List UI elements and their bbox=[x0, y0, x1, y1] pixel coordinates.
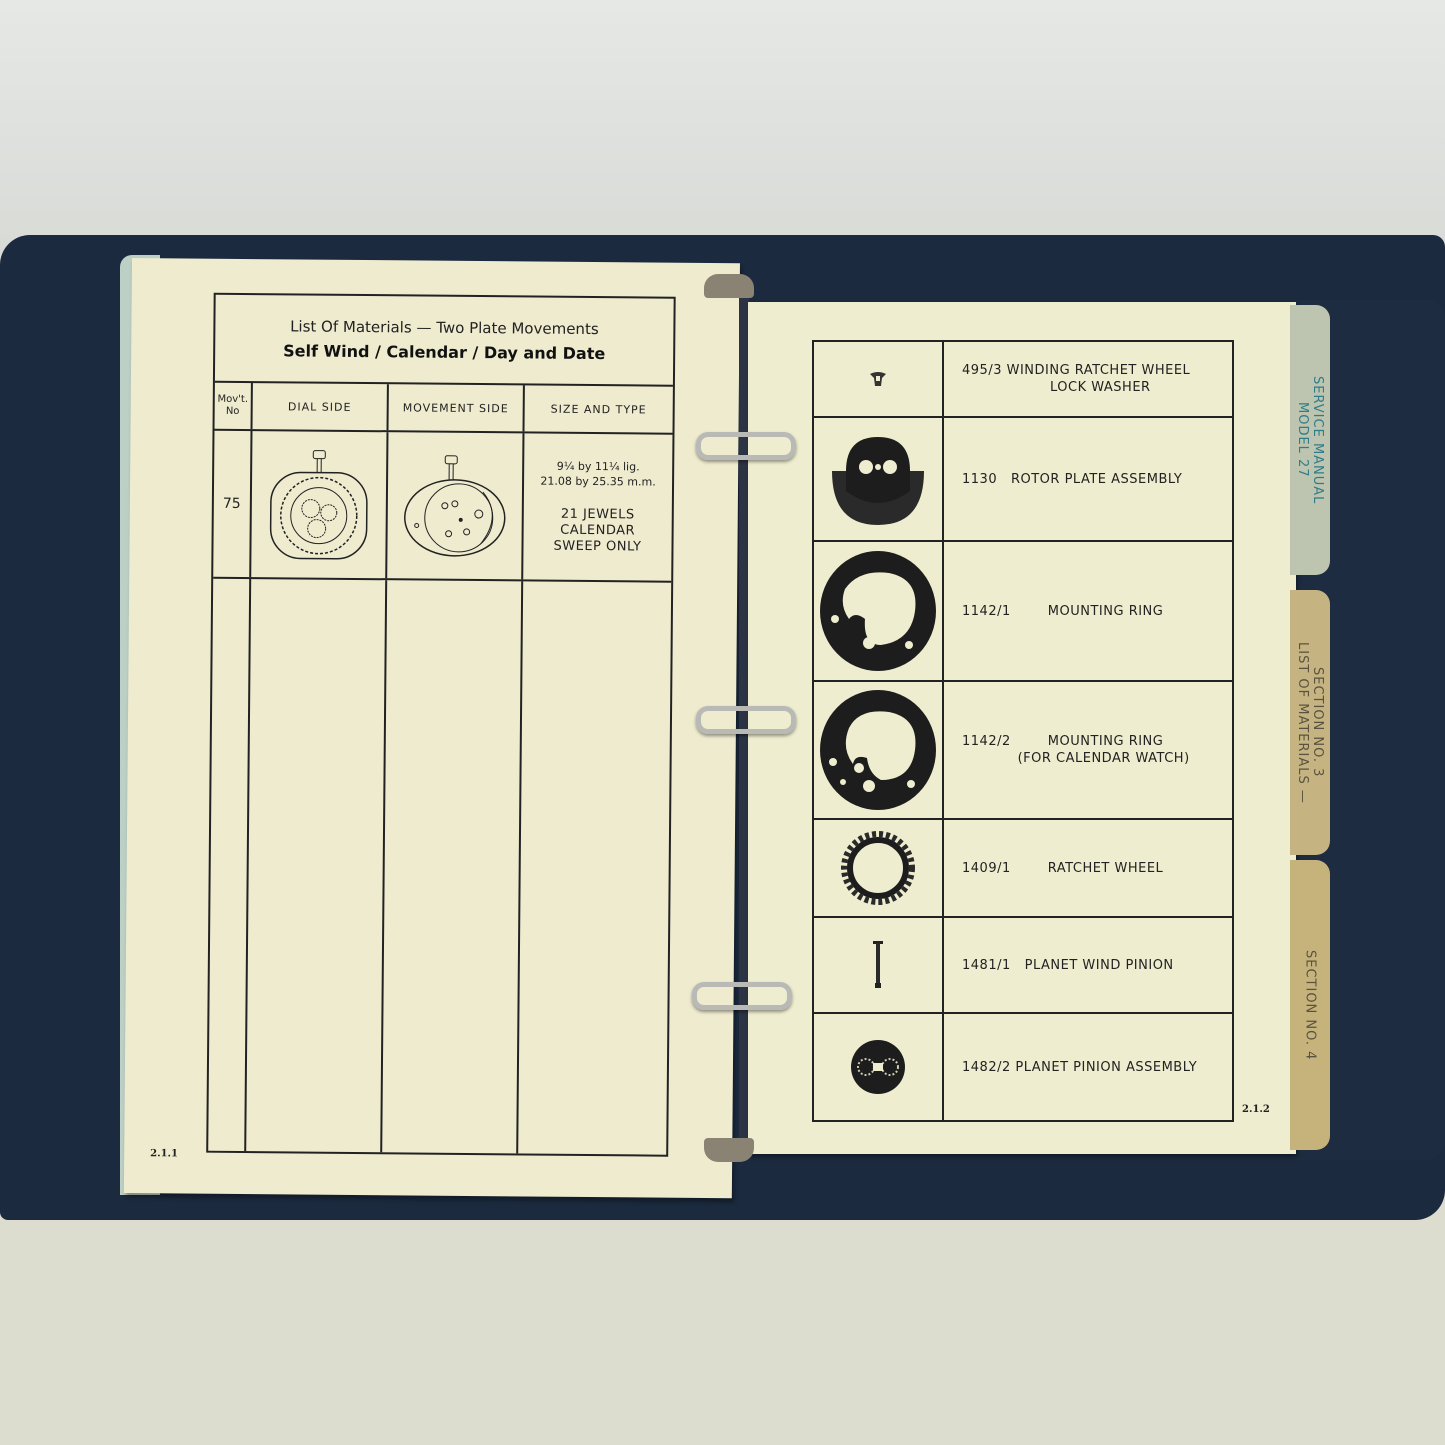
part-label: 1481/1 PLANET WIND PINION bbox=[944, 918, 1232, 1012]
ring-top-post bbox=[704, 274, 754, 298]
background-surface bbox=[0, 0, 1445, 260]
part-label: 1142/1 MOUNTING RING bbox=[944, 542, 1232, 680]
rotor-plate-icon bbox=[828, 431, 928, 527]
dial-side-illustration bbox=[251, 431, 388, 578]
ratchet-wheel-icon bbox=[840, 830, 916, 906]
parts-table: 495/3 WINDING RATCHET WHEEL LOCK WASHER … bbox=[812, 340, 1234, 1122]
part-row: 1481/1 PLANET WIND PINION bbox=[814, 918, 1232, 1014]
part-row: 1409/1 RATCHET WHEEL bbox=[814, 820, 1232, 918]
binder-ring-2 bbox=[696, 706, 796, 734]
table-title: List Of Materials — Two Plate Movements … bbox=[215, 295, 674, 387]
part-row: 495/3 WINDING RATCHET WHEEL LOCK WASHER bbox=[814, 342, 1232, 418]
part-label: 495/3 WINDING RATCHET WHEEL LOCK WASHER bbox=[944, 342, 1232, 416]
size-mm: 21.08 by 25.35 m.m. bbox=[540, 474, 656, 490]
part-label: 1142/2 MOUNTING RING (FOR CALENDAR WATCH… bbox=[944, 682, 1232, 818]
header-dial-side: DIAL SIDE bbox=[253, 383, 389, 430]
calendar-mounting-ring-icon bbox=[819, 688, 937, 812]
right-page: 495/3 WINDING RATCHET WHEEL LOCK WASHER … bbox=[748, 302, 1296, 1154]
page-number-right: 2.1.2 bbox=[1242, 1104, 1270, 1115]
tab-section-3[interactable]: SECTION NO. 3 LIST OF MATERIALS — bbox=[1290, 590, 1330, 855]
empty-rows bbox=[208, 579, 671, 1155]
planet-wind-pinion-icon bbox=[872, 941, 884, 989]
tab-label: SECTION NO. 4 bbox=[1303, 950, 1318, 1060]
part-row: 1130 ROTOR PLATE ASSEMBLY bbox=[814, 418, 1232, 542]
tab-label: SECTION NO. 3 LIST OF MATERIALS — bbox=[1295, 642, 1325, 804]
header-movement-side: MOVEMENT SIDE bbox=[389, 384, 525, 431]
part-label: 1130 ROTOR PLATE ASSEMBLY bbox=[944, 418, 1232, 540]
page-number-left: 2.1.1 bbox=[150, 1148, 178, 1159]
type-sweep: SWEEP ONLY bbox=[553, 539, 641, 556]
part-row: 1482/2 PLANET PINION ASSEMBLY bbox=[814, 1014, 1232, 1120]
watch-movement-icon bbox=[394, 445, 515, 566]
tab-label: SERVICE MANUAL MODEL 27 bbox=[1295, 376, 1325, 504]
binder-ring-1 bbox=[696, 432, 796, 460]
materials-table: List Of Materials — Two Plate Movements … bbox=[206, 293, 675, 1157]
part-label: 1409/1 RATCHET WHEEL bbox=[944, 820, 1232, 916]
header-mov-no: Mov't. No bbox=[215, 383, 253, 429]
part-label: 1482/2 PLANET PINION ASSEMBLY bbox=[944, 1014, 1232, 1120]
mounting-ring-icon bbox=[819, 549, 937, 673]
ring-bottom-post bbox=[704, 1138, 754, 1162]
type-jewels: 21 JEWELS bbox=[554, 507, 642, 524]
header-size-type: SIZE AND TYPE bbox=[525, 385, 673, 432]
tab-section-4[interactable]: SECTION NO. 4 bbox=[1290, 860, 1330, 1150]
type-calendar: CALENDAR bbox=[554, 523, 642, 540]
section-tabs: SERVICE MANUAL MODEL 27 SECTION NO. 3 LI… bbox=[1290, 305, 1330, 1150]
lock-washer-icon bbox=[868, 370, 888, 388]
binder-ring-3 bbox=[692, 982, 792, 1010]
table-row: 75 bbox=[213, 431, 672, 583]
watch-dial-icon bbox=[258, 444, 379, 565]
table-header: Mov't. No DIAL SIDE MOVEMENT SIDE SIZE A… bbox=[214, 383, 672, 435]
size-lignes: 9¼ by 11¼ lig. bbox=[540, 459, 656, 475]
tab-service-manual[interactable]: SERVICE MANUAL MODEL 27 bbox=[1290, 305, 1330, 575]
size-and-type: 9¼ by 11¼ lig. 21.08 by 25.35 m.m. 21 JE… bbox=[523, 433, 672, 580]
part-row: 1142/1 MOUNTING RING bbox=[814, 542, 1232, 682]
title-line-1: List Of Materials — Two Plate Movements bbox=[290, 317, 599, 338]
movement-side-illustration bbox=[387, 432, 524, 579]
title-line-2: Self Wind / Calendar / Day and Date bbox=[283, 341, 605, 363]
mov-no: 75 bbox=[213, 431, 252, 577]
planet-pinion-assembly-icon bbox=[850, 1039, 906, 1095]
left-page: List Of Materials — Two Plate Movements … bbox=[124, 258, 740, 1198]
part-row: 1142/2 MOUNTING RING (FOR CALENDAR WATCH… bbox=[814, 682, 1232, 820]
